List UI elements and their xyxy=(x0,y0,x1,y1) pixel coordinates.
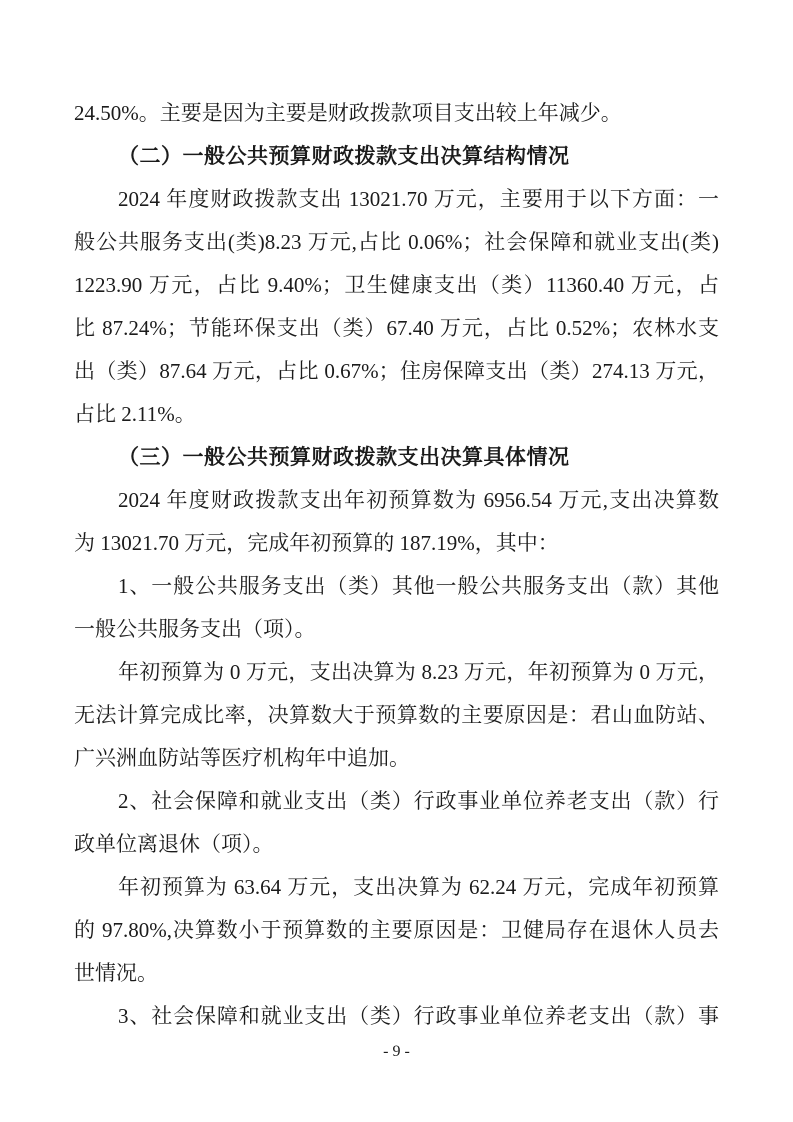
paragraph-line: 无法计算完成比率，决算数大于预算数的主要原因是：君山血防站、 xyxy=(74,694,719,737)
paragraph-line: 年初预算为 63.64 万元，支出决算为 62.24 万元，完成年初预算 xyxy=(74,866,719,909)
paragraph-line: 年初预算为 0 万元，支出决算为 8.23 万元，年初预算为 0 万元， xyxy=(74,651,719,694)
paragraph-line: 般公共服务支出(类)8.23 万元,占比 0.06%；社会保障和就业支出(类) xyxy=(74,221,719,264)
document-body: 24.50%。主要是因为主要是财政拨款项目支出较上年减少。（二）一般公共预算财政… xyxy=(74,92,719,1038)
paragraph-line: 广兴洲血防站等医疗机构年中追加。 xyxy=(74,737,719,780)
document-page: 24.50%。主要是因为主要是财政拨款项目支出较上年减少。（二）一般公共预算财政… xyxy=(0,0,793,1122)
page-number: - 9 - xyxy=(383,1043,410,1060)
section-heading-3: （三）一般公共预算财政拨款支出决算具体情况 xyxy=(74,436,719,479)
paragraph-line: 比 87.24%；节能环保支出（类）67.40 万元，占比 0.52%；农林水支 xyxy=(74,307,719,350)
paragraph-line: 2、社会保障和就业支出（类）行政事业单位养老支出（款）行 xyxy=(74,780,719,823)
paragraph-line: 2024 年度财政拨款支出年初预算数为 6956.54 万元,支出决算数 xyxy=(74,479,719,522)
paragraph-line: 1、一般公共服务支出（类）其他一般公共服务支出（款）其他 xyxy=(74,565,719,608)
paragraph-line: 世情况。 xyxy=(74,952,719,995)
paragraph-line: 政单位离退休（项）。 xyxy=(74,823,719,866)
paragraph-line: 的 97.80%,决算数小于预算数的主要原因是：卫健局存在退休人员去 xyxy=(74,909,719,952)
paragraph-line: 2024 年度财政拨款支出 13021.70 万元，主要用于以下方面：一 xyxy=(74,178,719,221)
page-footer: - 9 - xyxy=(0,1040,793,1064)
paragraph-line: 为 13021.70 万元，完成年初预算的 187.19%，其中： xyxy=(74,522,719,565)
paragraph-line: 占比 2.11%。 xyxy=(74,393,719,436)
section-heading-2: （二）一般公共预算财政拨款支出决算结构情况 xyxy=(74,135,719,178)
paragraph-line: 一般公共服务支出（项）。 xyxy=(74,608,719,651)
paragraph-line: 1223.90 万元，占比 9.40%；卫生健康支出（类）11360.40 万元… xyxy=(74,264,719,307)
paragraph-line: 24.50%。主要是因为主要是财政拨款项目支出较上年减少。 xyxy=(74,92,719,135)
paragraph-line: 3、社会保障和就业支出（类）行政事业单位养老支出（款）事 xyxy=(74,995,719,1038)
paragraph-line: 出（类）87.64 万元，占比 0.67%；住房保障支出（类）274.13 万元… xyxy=(74,350,719,393)
